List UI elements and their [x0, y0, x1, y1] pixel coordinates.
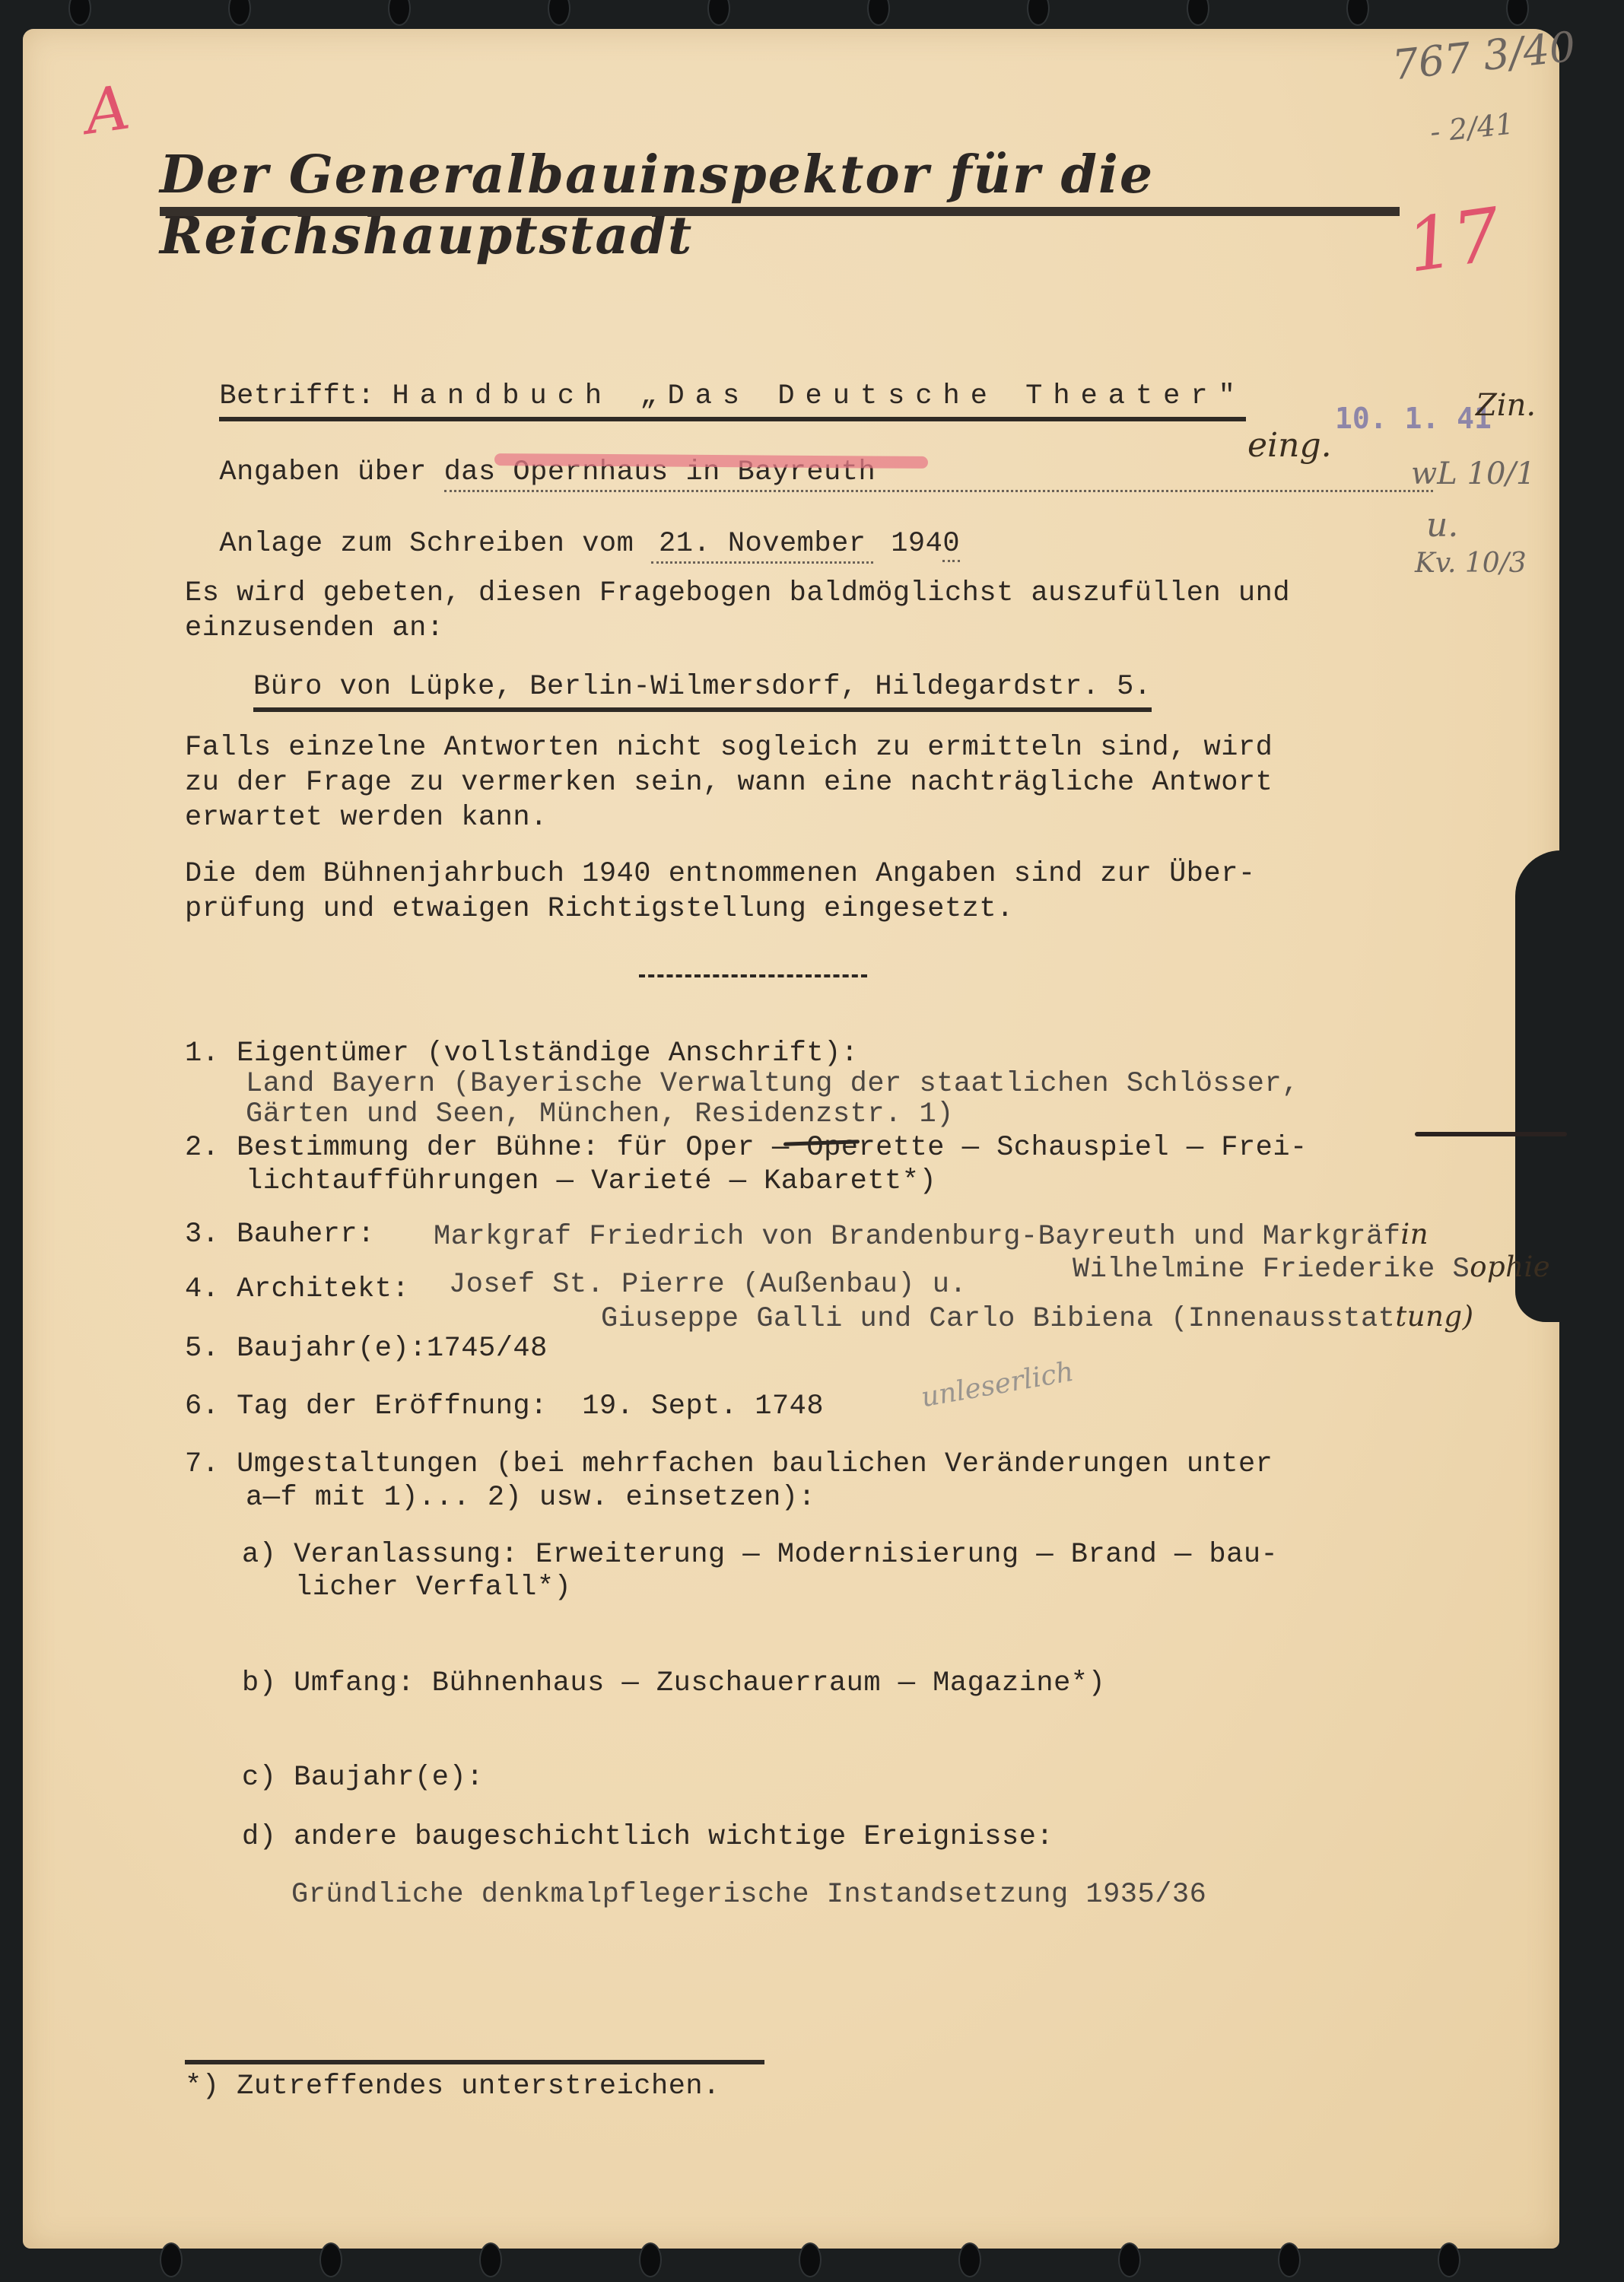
note-text-2: zu der Frage zu vermerken sein, wann ein… [185, 765, 1273, 800]
info-label: Angaben über [219, 456, 426, 488]
bookref-text-2: prüfung und etwaigen Richtigstellung ein… [185, 892, 1014, 926]
attachment-date: 21. November [651, 526, 873, 564]
question-7-line-2: a—f mit 1)... 2) usw. einsetzen): [246, 1480, 815, 1515]
answer-1-line-2: Gärten und Seen, München, Residenzstr. 1… [246, 1097, 954, 1132]
question-3: 3. Bauherr: [185, 1217, 375, 1252]
address-text: Büro von Lüpke, Berlin-Wilmersdorf, Hild… [253, 671, 1152, 712]
subquestion-c: c) Baujahr(e): [242, 1760, 484, 1795]
answer-3-line-2: Wilhelmine Friederike Sophie [1073, 1250, 1550, 1287]
handwritten-addition: in [1400, 1218, 1429, 1251]
pencil-note-u: u. [1426, 506, 1458, 545]
request-text-2: einzusenden an: [185, 611, 444, 646]
red-pencil-mark-a: A [81, 72, 134, 148]
bookref-text-1: Die dem Bühnenjahrbuch 1940 entnommenen … [185, 857, 1256, 892]
question-6: 6. Tag der Eröffnung: 19. Sept. 1748 [185, 1389, 824, 1424]
subquestion-d: d) andere baugeschichtlich wichtige Erei… [242, 1820, 1054, 1855]
question-4: 4. Architekt: [185, 1272, 409, 1307]
subject-line: Betrifft: Handbuch „Das Deutsche Theater… [185, 344, 1246, 414]
request-text-1: Es wird gebeten, diesen Fragebogen baldm… [185, 576, 1290, 611]
section-separator [639, 974, 867, 980]
question-5: 5. Baujahr(e):1745/48 [185, 1331, 548, 1366]
subquestion-a-line-2: licher Verfall*) [295, 1570, 571, 1605]
attachment-year-prefix: 194 [891, 528, 942, 560]
question-2-line-2: lichtaufführungen — Varieté — Kabarett*) [246, 1164, 936, 1199]
answer-5: 1745/48 [427, 1333, 548, 1365]
subquestion-a: a) Veranlassung: Erweiterung — Modernisi… [242, 1537, 1278, 1572]
question-6-label: Tag der Eröffnung: [237, 1390, 548, 1422]
question-1-label: Eigentümer (vollständige Anschrift): [237, 1038, 858, 1069]
footnote-rule [185, 2060, 764, 2064]
top-binder-strip [0, 0, 1624, 30]
attachment-label: Anlage zum Schreiben vom [219, 528, 634, 560]
answer-6: 19. Sept. 1748 [582, 1390, 824, 1422]
pencil-note-wl: wL 10/1 [1411, 456, 1535, 491]
answer-4-line-1: Josef St. Pierre (Außenbau) u. [449, 1267, 967, 1302]
question-3-label: Bauherr: [237, 1219, 375, 1251]
attachment-line: Anlage zum Schreiben vom 21. November 19… [185, 491, 960, 564]
answer-4-line-2: Giuseppe Galli und Carlo Bibiena (Innena… [601, 1299, 1474, 1336]
bottom-binder-strip [0, 2236, 1624, 2282]
subject-text: Handbuch „Das Deutsche Theater" [392, 380, 1245, 412]
question-2-label: Bestimmung der Bühne: für Oper — Operett… [237, 1132, 1308, 1164]
question-4-label: Architekt: [237, 1273, 409, 1305]
received-handwritten-note: eing. [1247, 426, 1332, 465]
question-7: 7. Umgestaltungen (bei mehrfachen baulic… [185, 1447, 1273, 1482]
handwritten-addition: ophie [1470, 1251, 1550, 1283]
initials-note: Zin. [1476, 388, 1536, 423]
subquestion-b: b) Umfang: Bühnenhaus — Zuschauerraum — … [242, 1666, 1105, 1701]
letterhead-rule [160, 207, 1400, 216]
question-5-label: Baujahr(e): [237, 1333, 427, 1365]
handwritten-addition: tung) [1395, 1300, 1473, 1333]
letterhead-title: Der Generalbauinspektor für die Reichsha… [160, 145, 1624, 266]
question-2: 2. Bestimmung der Bühne: für Oper — Oper… [185, 1130, 1308, 1165]
subject-label: Betrifft: [219, 380, 374, 412]
address-line: Büro von Lüpke, Berlin-Wilmersdorf, Hild… [253, 669, 1152, 704]
footnote: *) Zutreffendes unterstreichen. [185, 2069, 720, 2104]
pencil-note-kv: Kv. 10/3 [1415, 548, 1527, 579]
answer-d: Gründliche denkmalpflegerische Instandse… [291, 1877, 1206, 1912]
received-date-stamp: 10. 1. 41 [1335, 402, 1492, 435]
paper-tear-mark [1415, 1132, 1567, 1136]
note-text-3: erwartet werden kann. [185, 800, 548, 835]
question-7-label: Umgestaltungen (bei mehrfachen baulichen… [237, 1448, 1273, 1480]
note-text-1: Falls einzelne Antworten nicht sogleich … [185, 730, 1273, 765]
attachment-year-suffix: 0 [942, 528, 960, 562]
answer-3-line-1: Markgraf Friedrich von Brandenburg-Bayre… [434, 1217, 1429, 1254]
